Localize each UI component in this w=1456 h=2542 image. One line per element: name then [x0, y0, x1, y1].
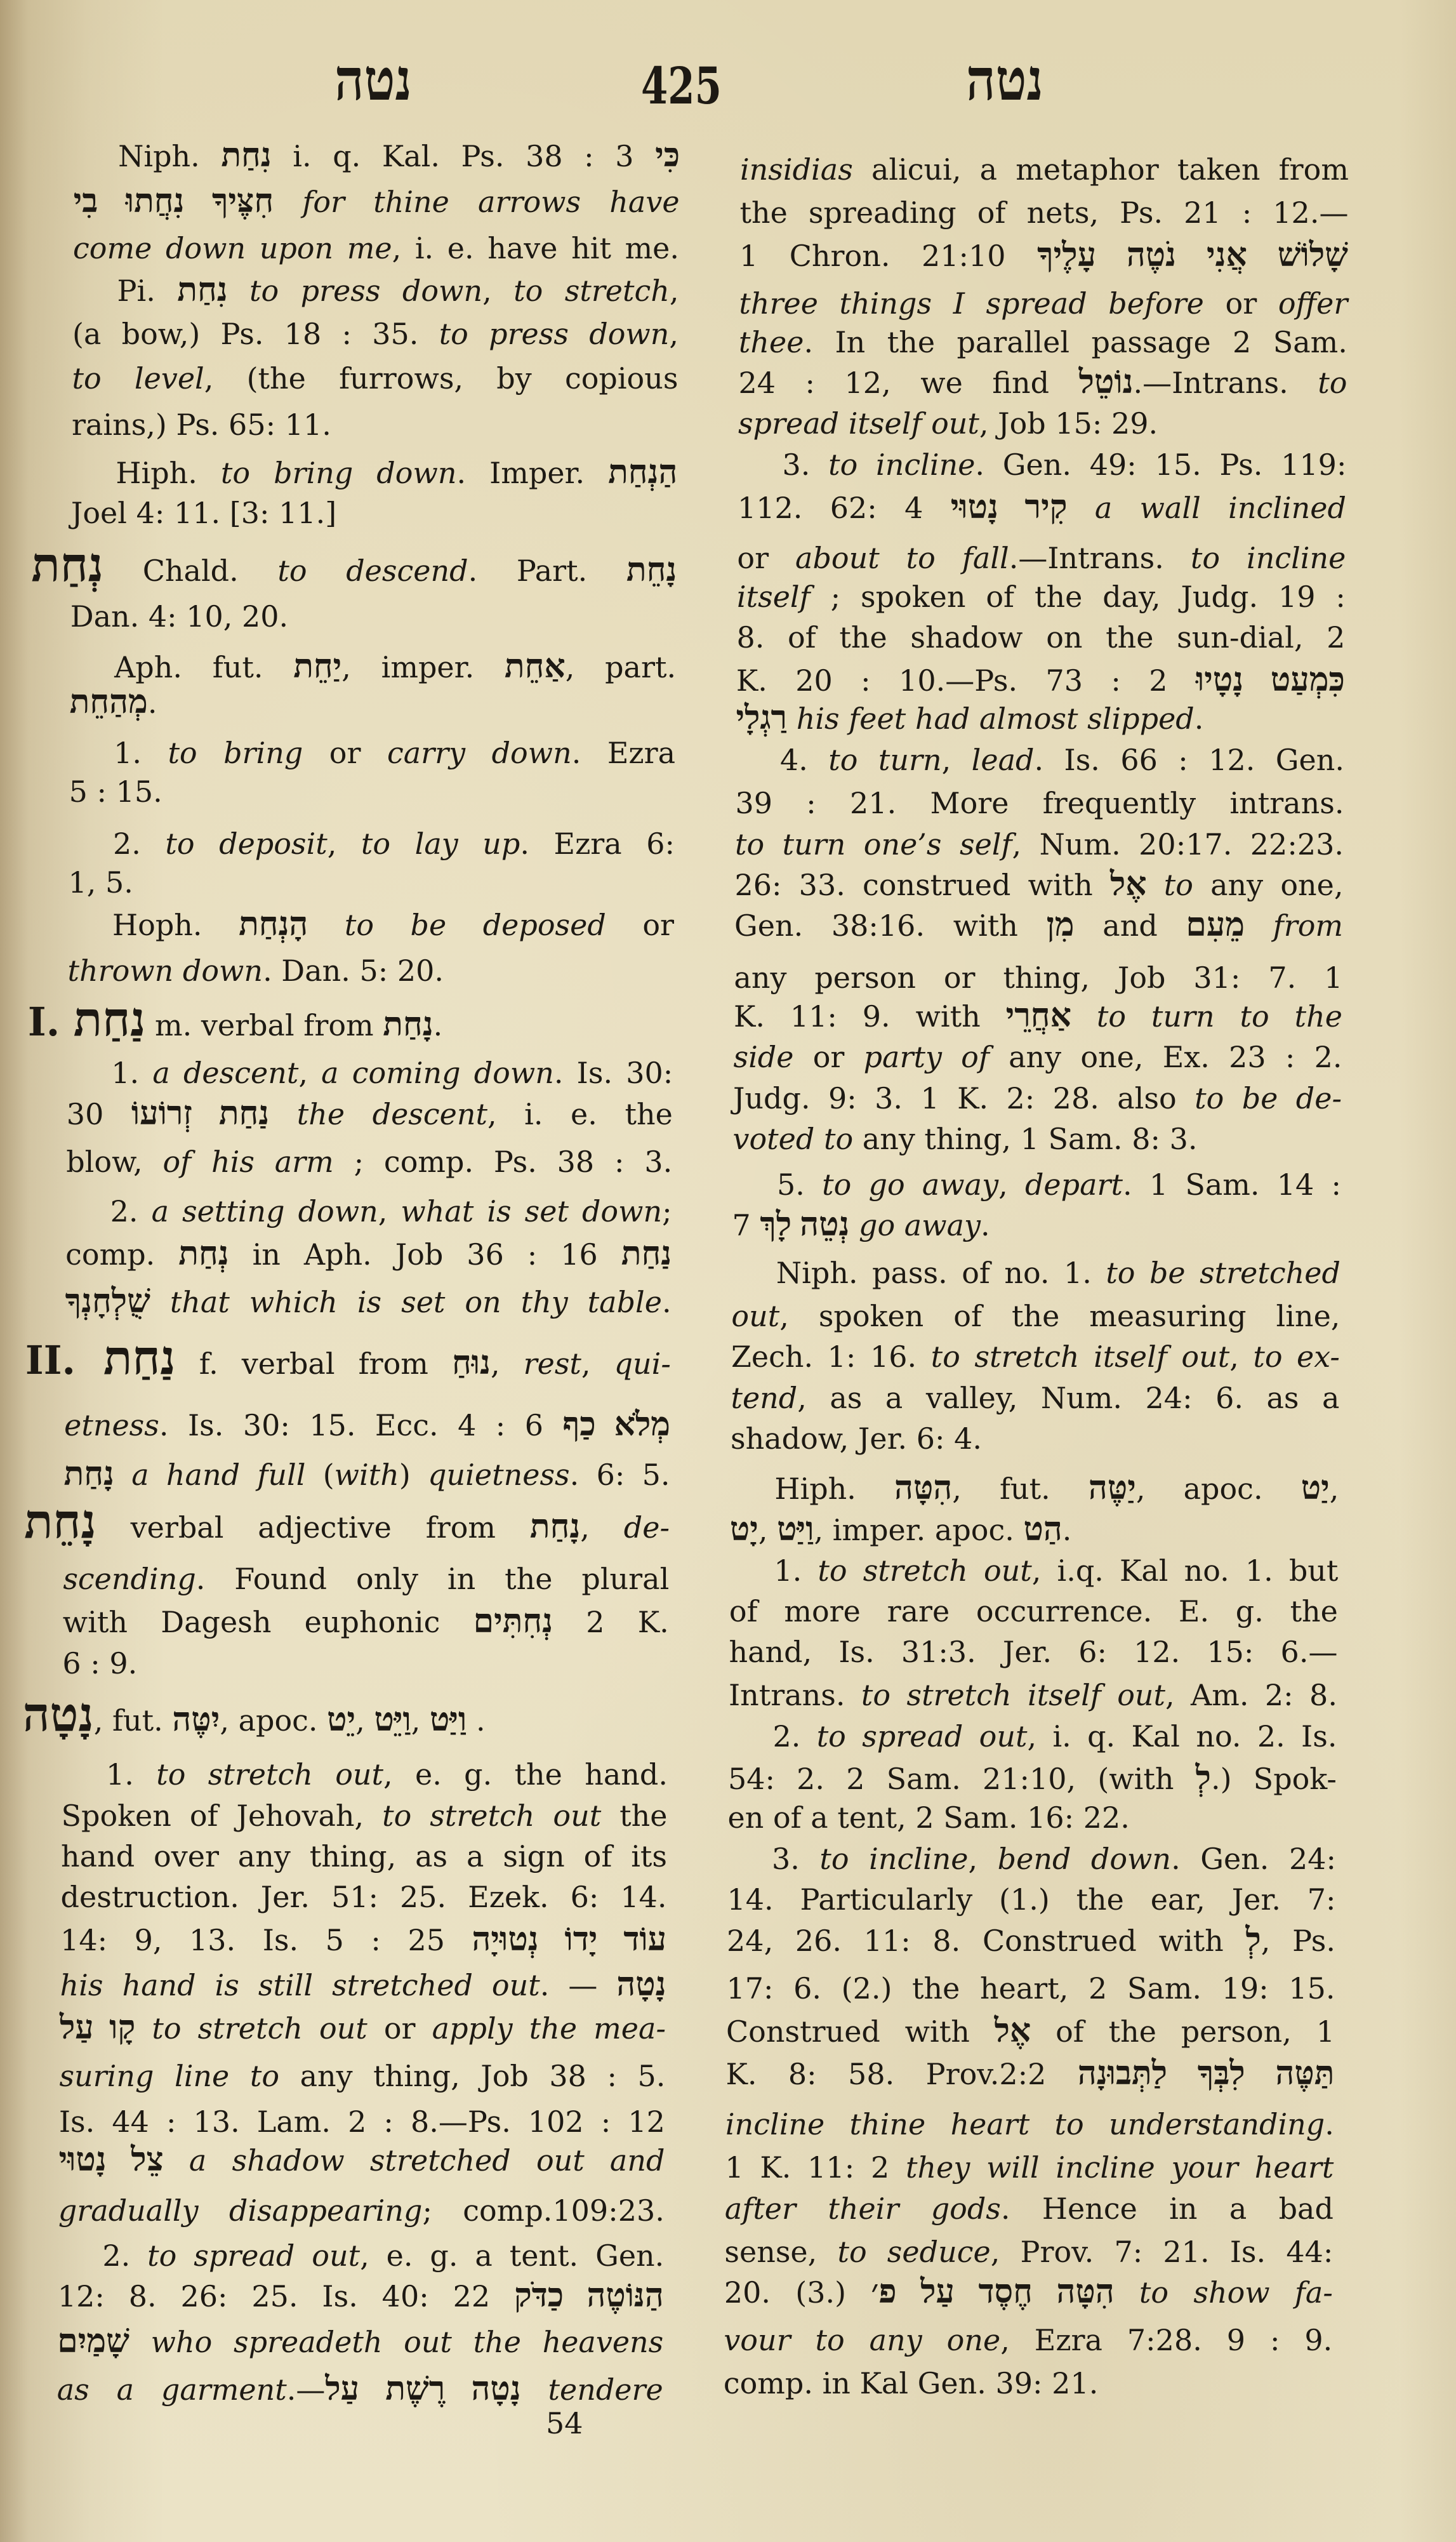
roman-text: , i.q. Kal no. 1. but — [1032, 1554, 1339, 1588]
text-line: 26: 33. construed with אֶל to any one, — [735, 862, 1344, 908]
hebrew-word: נוֹטֵל — [1079, 364, 1134, 401]
italic-text: three things I spread before — [739, 286, 1204, 321]
roman-text: , Num. 20:17. 22:23. — [1012, 827, 1344, 862]
hebrew-word: אֶל — [995, 2013, 1031, 2049]
roman-text: or — [793, 1040, 863, 1074]
text-line: 112. 62: 4 קִיר נָטוּי a wall inclined — [738, 484, 1346, 531]
text-line: after their gods. Hence in a bad — [725, 2185, 1334, 2232]
text-line: itself ; spoken of the day, Judg. 19 : — [737, 573, 1346, 620]
roman-text: of the person, 1 — [1031, 2014, 1335, 2049]
text-line: vour to any one, Ezra 7:28. 9 : 9. — [724, 2317, 1332, 2364]
text-line: 17: 6. (2.) the heart, 2 Sam. 19: 15. — [726, 1965, 1335, 2012]
text-line: Hiph. הִטָּה, fut. יַטֶּה, apoc. יַט, — [774, 1465, 1339, 1512]
text-line: insidias alicui, a metaphor taken from — [740, 146, 1349, 193]
roman-text: K. 11: 9. with — [734, 999, 1006, 1034]
lexicon-page: נטה 425 נטה Niph. נִחַת i. q. Kal. Ps. 3… — [0, 0, 1456, 2542]
italic-text: vour to any one — [724, 2323, 1000, 2357]
italic-text: party of — [864, 1040, 989, 1074]
hebrew-word: מֵעִם — [1186, 907, 1245, 943]
text-line: Niph. pass. of no. 1. to be stretched — [776, 1249, 1340, 1296]
roman-text: , Job 15: 29. — [979, 406, 1158, 441]
roman-text: 4. — [780, 743, 828, 777]
roman-text: , as a valley, Num. 24: 6. as a — [797, 1381, 1339, 1415]
text-line: 20. (3.) הִטָּה חֶסֶד עַל פ׳ to show fa- — [724, 2269, 1333, 2316]
italic-text: itself — [737, 580, 811, 614]
roman-text: . Gen. 24: — [1171, 1842, 1336, 1876]
roman-text: , Prov. 7: 21. Is. 44: — [991, 2235, 1334, 2269]
text-line: en of a tent, 2 Sam. 16: 22. — [727, 1794, 1336, 1841]
text-line: thee. In the parallel passage 2 Sam. — [739, 319, 1347, 366]
text-line: Intrans. to stretch itself out, Am. 2: 8… — [729, 1672, 1337, 1719]
roman-text: Gen. 38:16. with — [734, 908, 1047, 943]
text-line: 2. to spread out, i. q. Kal no. 2. Is. — [772, 1713, 1337, 1760]
italic-text: to turn one’s self — [735, 827, 1012, 862]
roman-text: of more rare occurrence. E. g. the — [729, 1594, 1338, 1628]
italic-text: to — [1147, 868, 1193, 902]
hebrew-word: לְ — [1245, 1922, 1261, 1959]
text-line: Judg. 9: 3. 1 K. 2: 28. also to be de- — [733, 1075, 1342, 1122]
italic-text: to stretch itself out — [861, 1678, 1165, 1712]
hebrew-word: יָט — [730, 1512, 758, 1548]
roman-text: en of a tent, 2 Sam. 16: 22. — [727, 1800, 1129, 1835]
roman-text: any one, — [1193, 868, 1344, 902]
italic-text: tend — [731, 1381, 797, 1415]
hebrew-word: תַּטֶּה לִבְּךָ לַתְּבוּנָה — [1078, 2056, 1335, 2092]
italic-text: to show fa- — [1115, 2275, 1333, 2310]
italic-text: to turn — [828, 743, 941, 777]
italic-text: insidias — [740, 152, 853, 187]
roman-text: 20. (3.) — [724, 2275, 871, 2310]
hebrew-word: לְ — [1196, 1760, 1211, 1797]
hebrew-word: שָׁלוֹשׁ אֲנִי נֹטֶה עָלֶיךָ — [1037, 237, 1348, 274]
roman-text: 3. — [782, 448, 828, 482]
roman-text: , — [969, 1842, 998, 1876]
text-line: K. 11: 9. with אַחֲרֵי to turn to the — [734, 993, 1342, 1040]
roman-text: . 1 Sam. 14 : — [1123, 1168, 1341, 1202]
roman-text: hand, Is. 31:3. Jer. 6: 12. 15: 6.— — [729, 1635, 1337, 1669]
text-line: spread itself out, Job 15: 29. — [738, 400, 1347, 447]
text-line: of more rare occurrence. E. g. the — [729, 1588, 1338, 1635]
italic-text: to seduce — [837, 2235, 990, 2269]
italic-text: to be de- — [1195, 1081, 1342, 1115]
text-line: 3. to incline. Gen. 49: 15. Ps. 119: — [782, 441, 1346, 488]
roman-text: 1 Chron. 21:10 — [739, 239, 1037, 273]
roman-text: K. 20 : 10.—Ps. 73 : 2 — [736, 663, 1196, 698]
text-line: 8. of the shadow on the sun-dial, 2 — [736, 614, 1345, 661]
text-line: K. 8: 58. Prov.2:2 תַּטֶּה לִבְּךָ לַתְּ… — [725, 2051, 1334, 2098]
roman-text: Niph. pass. of no. 1. — [776, 1256, 1106, 1290]
roman-text: any thing, 1 Sam. 8: 3. — [853, 1122, 1197, 1156]
hebrew-word: קִיר נָטוּי — [951, 489, 1068, 526]
text-line: יָט, וַיַּט, imper. apoc. הַט. — [730, 1507, 1339, 1554]
roman-text: 14. Particularly (1.) the ear, Jer. 7: — [727, 1882, 1336, 1917]
italic-text: to spread out — [817, 1719, 1028, 1753]
text-line: 1 Chron. 21:10 שָׁלוֹשׁ אֲנִי נֹטֶה עָלֶ… — [739, 232, 1348, 279]
roman-text: Hiph. — [774, 1472, 894, 1506]
hebrew-word: רַגְלָי — [736, 700, 787, 736]
text-line: to turn one’s self, Num. 20:17. 22:23. — [735, 821, 1344, 868]
text-line: Zech. 1: 16. to stretch itself out, to e… — [731, 1333, 1340, 1380]
text-line: hand, Is. 31:3. Jer. 6: 12. 15: 6.— — [729, 1628, 1337, 1675]
roman-text: shadow, Jer. 6: 4. — [731, 1421, 982, 1456]
roman-text: Zech. 1: 16. — [731, 1340, 931, 1374]
text-line: 39 : 21. More frequently intrans. — [735, 780, 1344, 827]
roman-text: , fut. — [952, 1472, 1089, 1506]
italic-text: thee — [739, 325, 804, 359]
hebrew-word: מִן — [1047, 907, 1075, 943]
text-line: 14. Particularly (1.) the ear, Jer. 7: — [727, 1876, 1336, 1923]
hebrew-word: נְטֵה לָךְ — [760, 1207, 849, 1243]
roman-text: 1. — [774, 1554, 817, 1588]
italic-text: after their gods — [725, 2192, 1001, 2226]
roman-text: 2. — [772, 1719, 816, 1753]
roman-text: 7 — [732, 1208, 760, 1242]
italic-text: to stretch itself out — [931, 1340, 1230, 1374]
text-line: 3. to incline, bend down. Gen. 24: — [772, 1835, 1336, 1882]
italic-text: his feet had almost slipped — [787, 702, 1195, 736]
roman-text: alicui, a metaphor taken from — [853, 152, 1349, 187]
italic-text: they will incline your heart — [906, 2150, 1334, 2185]
roman-text: ; spoken of the day, Judg. 19 : — [811, 580, 1346, 614]
roman-text: .) Spok- — [1211, 1762, 1337, 1796]
roman-text: . Gen. 49: 15. Ps. 119: — [975, 448, 1346, 482]
roman-text: 24, 26. 11: 8. Construed with — [727, 1924, 1245, 1958]
roman-text: . — [981, 1208, 990, 1242]
italic-text: to be stretched — [1106, 1256, 1340, 1290]
italic-text: to go away — [822, 1168, 998, 1202]
signature-mark: 54 — [546, 2400, 583, 2447]
roman-text: , Ps. — [1261, 1924, 1335, 1958]
roman-text: . — [1325, 2107, 1334, 2141]
right-column: insidias alicui, a metaphor taken fromth… — [0, 0, 1456, 2542]
italic-text: to stretch out — [817, 1554, 1031, 1588]
roman-text: , i. q. Kal no. 2. Is. — [1027, 1719, 1337, 1753]
roman-text: 17: 6. (2.) the heart, 2 Sam. 19: 15. — [726, 1971, 1335, 2006]
italic-text: to incline — [819, 1842, 968, 1876]
italic-text: spread itself out — [738, 406, 979, 441]
hebrew-word: הַט — [1024, 1512, 1062, 1548]
italic-text: voted to — [733, 1122, 854, 1156]
roman-text: 39 : 21. More frequently intrans. — [735, 786, 1344, 820]
hebrew-word: הִטָּה — [894, 1470, 952, 1507]
roman-text: .—Intrans. — [1134, 366, 1318, 400]
italic-text: from — [1245, 908, 1343, 943]
roman-text: , — [758, 1513, 777, 1547]
text-line: 7 נְטֵה לָךְ go away. — [732, 1202, 1340, 1249]
roman-text: , — [1229, 1340, 1253, 1374]
roman-text: , spoken of the measuring line, — [779, 1299, 1340, 1333]
text-line: רַגְלָי his feet had almost slipped. — [736, 695, 1344, 742]
italic-text: offer — [1278, 286, 1348, 321]
italic-text: incline thine heart to understanding — [725, 2107, 1325, 2141]
roman-text: , apoc. — [1136, 1472, 1301, 1506]
roman-text: 24 : 12, we find — [738, 366, 1078, 400]
italic-text: a wall inclined — [1068, 491, 1346, 525]
roman-text: 5. — [777, 1168, 822, 1202]
text-line: sense, to seduce, Prov. 7: 21. Is. 44: — [724, 2228, 1333, 2275]
text-line: Gen. 38:16. with מִן and מֵעִם from — [734, 902, 1343, 949]
text-line: tend, as a valley, Num. 24: 6. as a — [731, 1374, 1339, 1421]
text-line: 24, 26. 11: 8. Construed with לְ, Ps. — [727, 1917, 1335, 1964]
hebrew-word: יַט — [1301, 1470, 1330, 1507]
roman-text: sense, — [724, 2235, 837, 2269]
hebrew-word: הִטָּה חֶסֶד עַל פ׳ — [871, 2274, 1114, 2310]
roman-text: , imper. apoc. — [814, 1513, 1024, 1547]
roman-text: any one, Ex. 23 : 2. — [989, 1040, 1342, 1074]
text-line: voted to any thing, 1 Sam. 8: 3. — [733, 1115, 1342, 1162]
roman-text: 54: 2. 2 Sam. 21:10, (with — [728, 1762, 1196, 1796]
italic-text: to incline — [1191, 541, 1346, 575]
text-line: incline thine heart to understanding. — [725, 2101, 1334, 2148]
roman-text: comp. in Kal Gen. 39: 21. — [724, 2366, 1099, 2400]
hebrew-word: אַחֲרֵי — [1006, 998, 1071, 1034]
roman-text: or — [1204, 286, 1278, 321]
hebrew-word: יַטֶּה — [1089, 1470, 1136, 1507]
roman-text: , — [942, 743, 972, 777]
text-line: 1 K. 11: 2 they will incline your heart — [725, 2144, 1334, 2191]
roman-text: K. 8: 58. Prov.2:2 — [725, 2057, 1077, 2091]
roman-text: the spreading of nets, Ps. 21 : 12.— — [739, 196, 1348, 230]
text-line: 4. to turn, lead. Is. 66 : 12. Gen. — [780, 736, 1344, 783]
text-line: 24 : 12, we find נוֹטֵל.—Intrans. to — [738, 359, 1347, 406]
roman-text: . — [1062, 1513, 1072, 1547]
italic-text: bend down — [998, 1842, 1171, 1876]
hebrew-word: כִּמְעַט נָטָיוּ — [1196, 662, 1345, 698]
text-line: shadow, Jer. 6: 4. — [731, 1415, 1339, 1462]
roman-text: Construed with — [726, 2014, 995, 2049]
italic-text: to incline — [828, 448, 975, 482]
roman-text: .—Intrans. — [1009, 541, 1191, 575]
roman-text: Judg. 9: 3. 1 K. 2: 28. also — [733, 1081, 1195, 1115]
text-line: 1. to stretch out, i.q. Kal no. 1. but — [774, 1547, 1338, 1594]
roman-text: 26: 33. construed with — [735, 868, 1110, 902]
roman-text: . In the parallel passage 2 Sam. — [804, 325, 1347, 359]
italic-text: to ex- — [1253, 1340, 1340, 1374]
text-line: Construed with אֶל of the person, 1 — [726, 2008, 1335, 2055]
text-line: out, spoken of the measuring line, — [731, 1293, 1340, 1340]
hebrew-word: אֶל — [1110, 867, 1147, 903]
roman-text: 3. — [772, 1842, 819, 1876]
roman-text: , Am. 2: 8. — [1165, 1678, 1337, 1712]
italic-text: lead — [972, 743, 1035, 777]
italic-text: about to fall — [795, 541, 1009, 575]
roman-text: . Hence in a bad — [1001, 2192, 1334, 2226]
roman-text: 8. of the shadow on the sun-dial, 2 — [736, 620, 1345, 655]
hebrew-word: וַיַּט — [777, 1512, 814, 1548]
text-line: the spreading of nets, Ps. 21 : 12.— — [739, 189, 1348, 236]
roman-text: , Ezra 7:28. 9 : 9. — [1000, 2323, 1332, 2357]
roman-text: and — [1075, 908, 1186, 943]
text-line: comp. in Kal Gen. 39: 21. — [724, 2360, 1332, 2407]
italic-text: out — [731, 1299, 779, 1333]
roman-text: . Is. 66 : 12. Gen. — [1034, 743, 1344, 777]
roman-text: , — [1330, 1472, 1339, 1506]
roman-text: or — [737, 541, 795, 575]
roman-text: , — [998, 1168, 1025, 1202]
roman-text: Intrans. — [729, 1678, 861, 1712]
italic-text: to — [1318, 366, 1347, 400]
roman-text: 112. 62: 4 — [738, 491, 951, 525]
italic-text: to turn to the — [1071, 999, 1342, 1034]
text-line: 5. to go away, depart. 1 Sam. 14 : — [777, 1161, 1341, 1208]
italic-text: side — [733, 1040, 793, 1074]
text-line: side or party of any one, Ex. 23 : 2. — [733, 1034, 1342, 1081]
italic-text: depart — [1025, 1168, 1123, 1202]
roman-text: 1 K. 11: 2 — [725, 2150, 906, 2185]
italic-text: go away — [849, 1208, 981, 1242]
roman-text: . — [1195, 702, 1204, 736]
roman-text: any person or thing, Job 31: 7. 1 — [734, 961, 1342, 995]
